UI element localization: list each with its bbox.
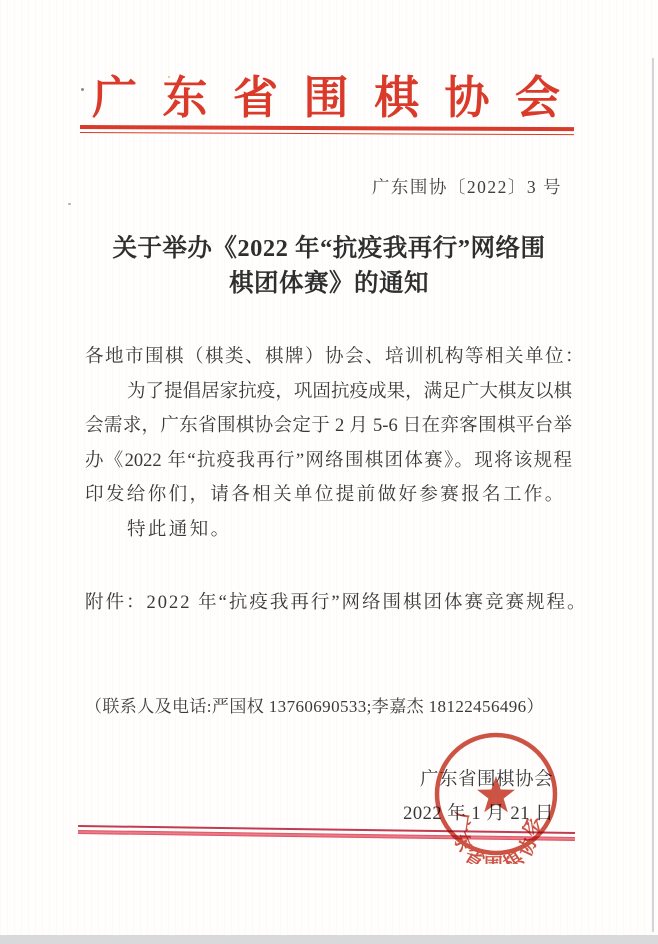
- notice-body: 各地市围棋（棋类、棋牌）协会、培训机构等相关单位： 为了提倡居家抗疫，巩固抗疫成…: [85, 340, 572, 547]
- seal-arc-text-container: 广东省围棋协会: [448, 811, 545, 864]
- scan-speck: [68, 203, 71, 205]
- org-letterhead-title: 广 东 省 围 棋 协 会: [92, 72, 560, 124]
- salutation-line: 各地市围棋（棋类、棋牌）协会、培训机构等相关单位：: [85, 340, 572, 375]
- body-line: 为了提倡居家抗疫，巩固抗疫成果，满足广大棋友以棋: [85, 375, 572, 410]
- scanned-document-page: 广 东 省 围 棋 协 会 广东围协〔2022〕3 号 关于举办《2022 年“…: [0, 0, 658, 944]
- seal-star-icon: [477, 776, 515, 812]
- body-line: 会需求，广东省围棋协会定于 2 月 5-6 日在弈客围棋平台举: [85, 409, 572, 444]
- notice-title-line2: 棋团体赛》的通知: [0, 266, 658, 301]
- scan-page-right-edge: [652, 58, 654, 932]
- official-seal: 广东省围棋协会: [426, 724, 566, 864]
- body-line: 办《2022 年“抗疫我再行”网络围棋团体赛》。现将该规程: [85, 444, 572, 479]
- notice-title: 关于举办《2022 年“抗疫我再行”网络围 棋团体赛》的通知: [0, 231, 658, 301]
- attachment-line: 附件：2022 年“抗疫我再行”网络围棋团体赛竞赛规程。: [85, 588, 588, 614]
- body-closing-line: 特此通知。: [85, 513, 572, 548]
- seal-arc-text: 广东省围棋协会: [448, 811, 545, 864]
- document-number: 广东围协〔2022〕3 号: [372, 174, 562, 199]
- letterhead-divider-rule: [80, 125, 574, 137]
- scan-bottom-edge: [0, 935, 658, 944]
- contact-line: （联系人及电话:严国权 13760690533;李嘉杰 18122456496）: [85, 692, 544, 717]
- body-line: 印发给你们，请各相关单位提前做好参赛报名工作。: [85, 478, 572, 513]
- notice-title-line1: 关于举办《2022 年“抗疫我再行”网络围: [0, 231, 658, 266]
- scan-speck: [81, 88, 84, 91]
- scan-speck: [168, 76, 170, 78]
